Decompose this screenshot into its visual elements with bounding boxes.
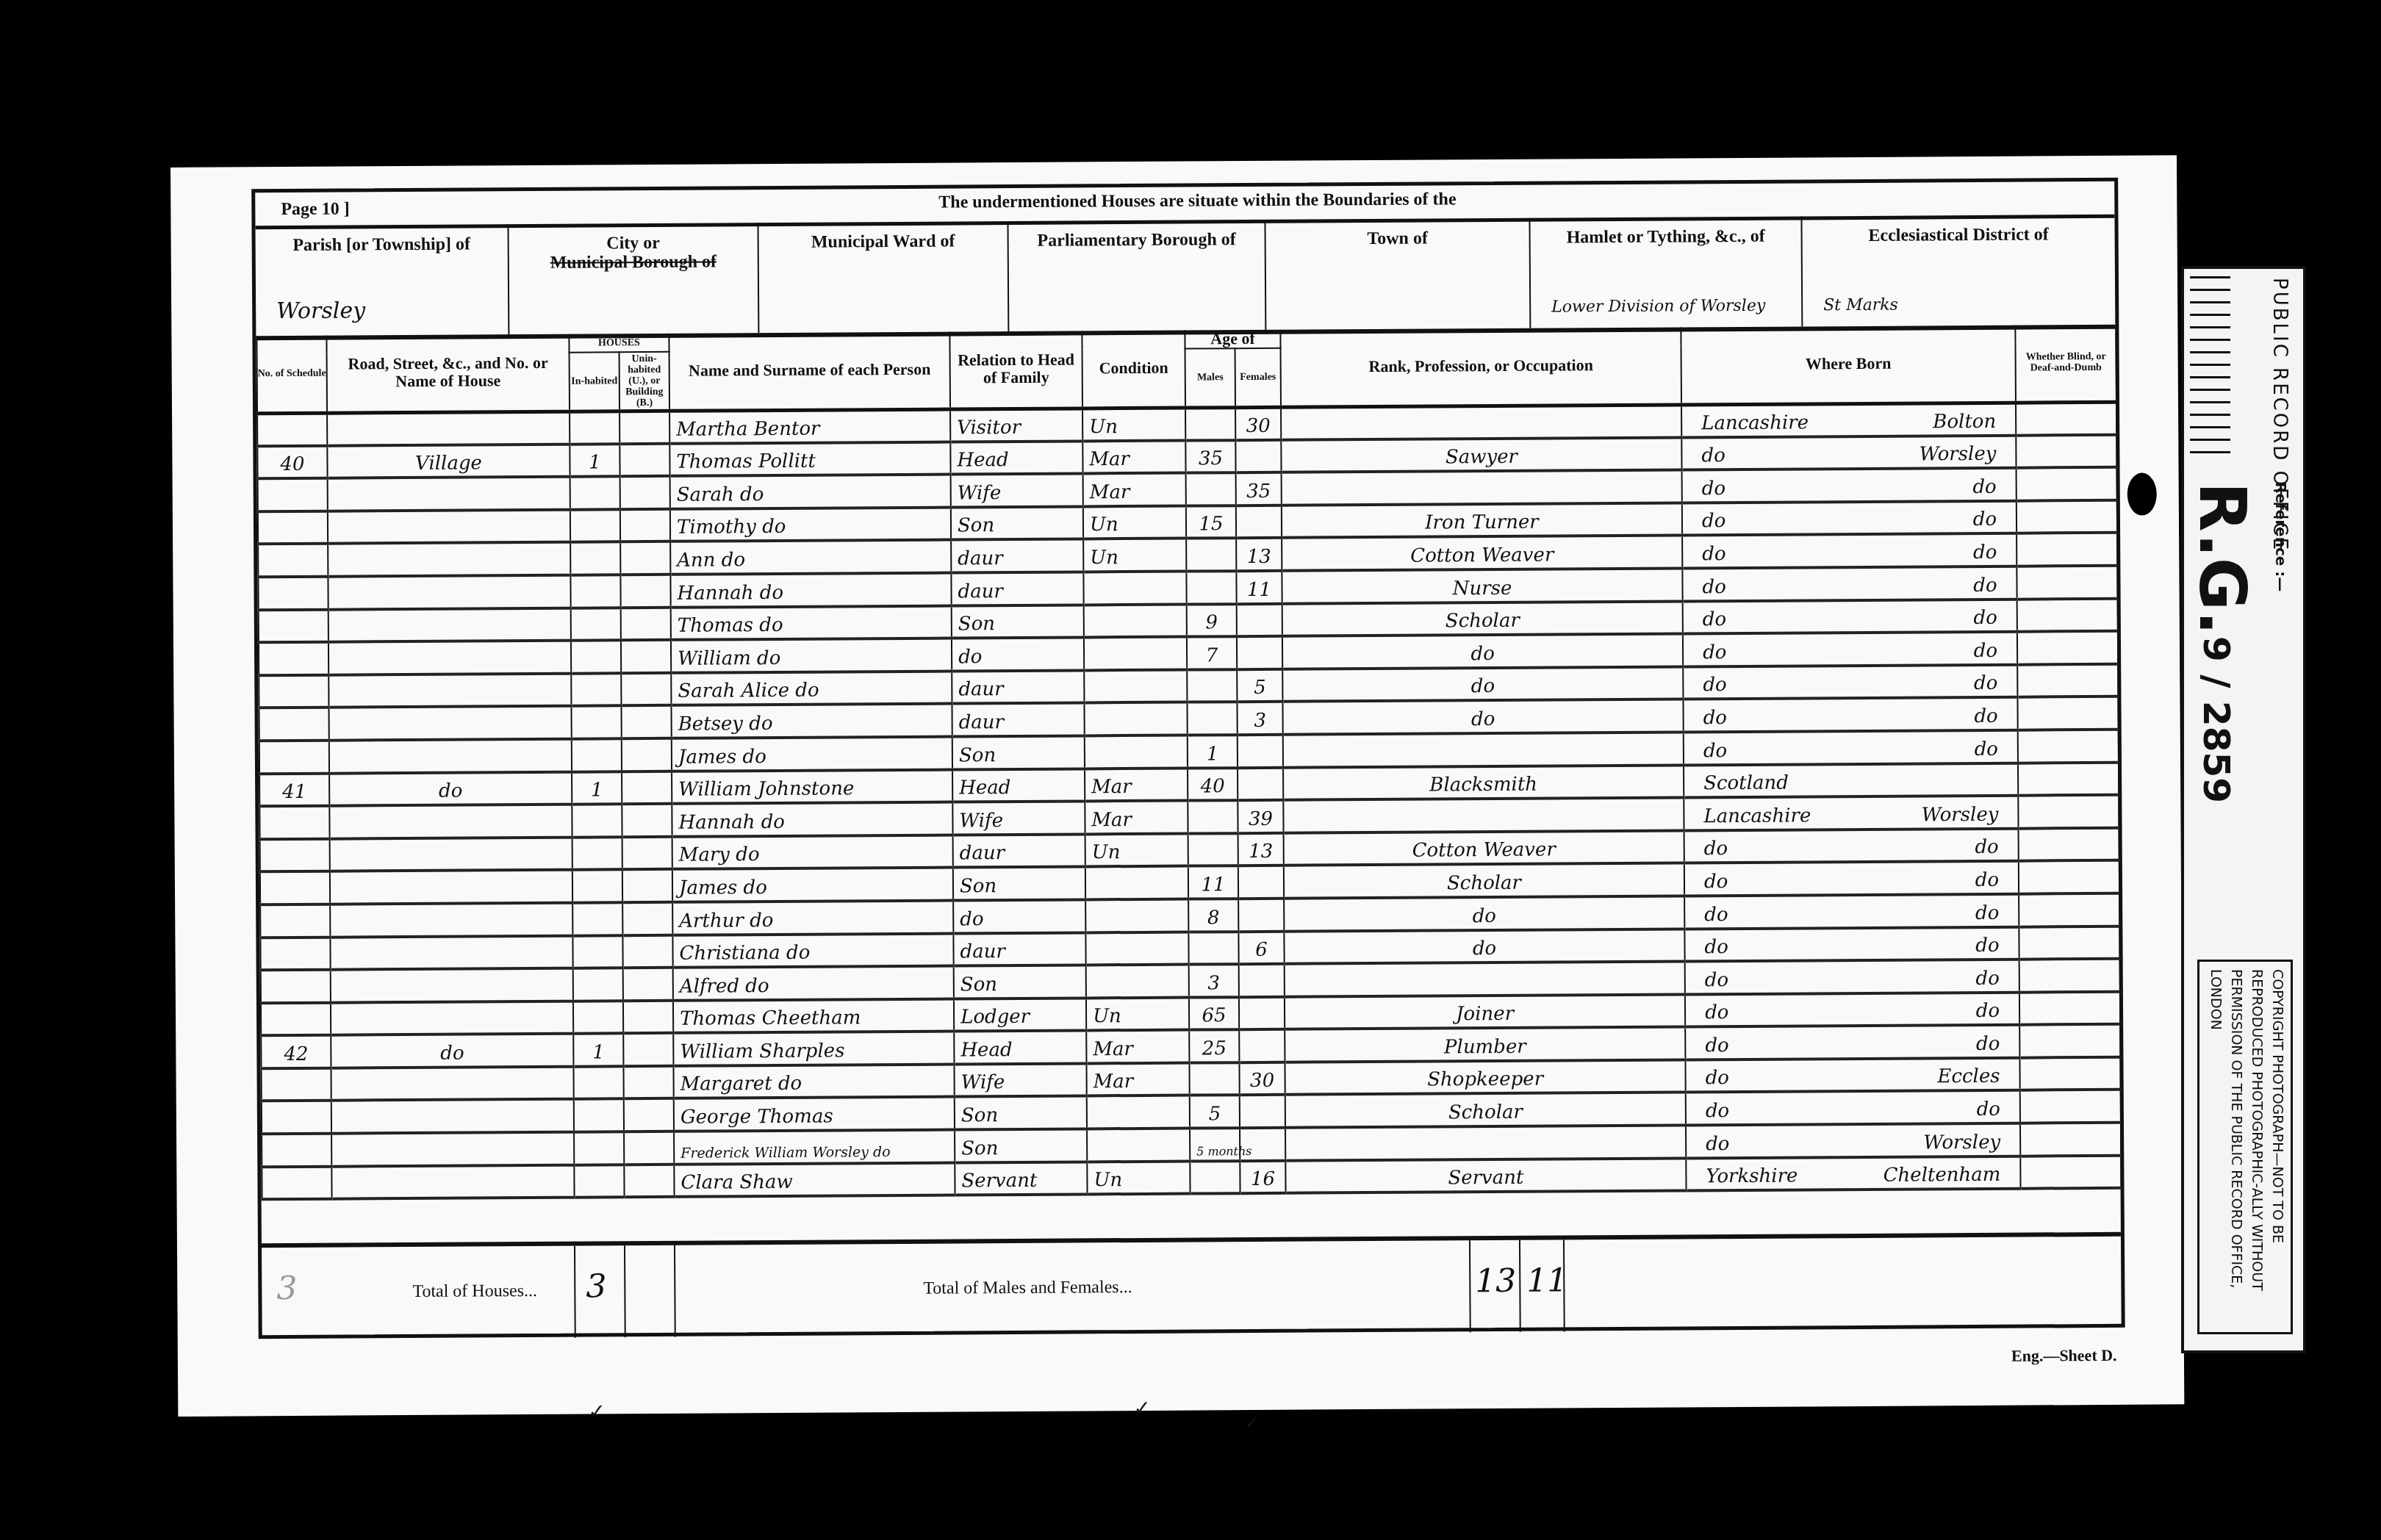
- person-name: Timothy do: [670, 507, 951, 541]
- town-field: Town of: [1265, 218, 1531, 330]
- col-relation: Relation to Head of Family: [949, 331, 1082, 409]
- females-total-cell: 11: [1519, 1239, 1565, 1331]
- uninhabited-count: [622, 771, 672, 804]
- uninhabited-count: [624, 1098, 674, 1131]
- hamlet-field: Hamlet or Tything, &c., of Lower Divisio…: [1530, 216, 1803, 328]
- road-name: [331, 1132, 574, 1167]
- person-name: Sarah Alice do: [671, 671, 952, 705]
- condition: [1085, 932, 1188, 965]
- condition: Un: [1085, 833, 1188, 866]
- road-name: [328, 542, 570, 577]
- blind-deaf: [2017, 533, 2117, 566]
- inhabited-count: [572, 935, 622, 968]
- male-age: [1185, 407, 1235, 440]
- road-name: [331, 968, 573, 1003]
- schedule-number: [259, 741, 329, 774]
- census-table: No. of Schedule Road, Street, &c., and N…: [256, 325, 2122, 1201]
- person-name: Hannah do: [670, 572, 951, 607]
- birth-place: Worsley: [1923, 1131, 2000, 1154]
- col-inhabited: In-habited: [570, 352, 620, 411]
- male-age: [1188, 800, 1238, 833]
- blind-deaf: [2019, 1024, 2120, 1057]
- condition: Un: [1083, 505, 1186, 539]
- uninhabited-count: [620, 541, 670, 575]
- birth-place: do: [1976, 1033, 2000, 1055]
- occupation: [1283, 798, 1684, 833]
- birth-county: do: [1705, 1035, 1728, 1057]
- inhabited-count: [570, 411, 620, 444]
- uninhabited-count: [623, 1066, 673, 1099]
- schedule-number: [259, 609, 328, 642]
- relation: Son: [952, 605, 1084, 638]
- blind-deaf: [2019, 926, 2119, 959]
- birth-county: do: [1701, 445, 1725, 467]
- condition: [1087, 1095, 1190, 1129]
- occupation: Plumber: [1285, 1027, 1685, 1062]
- male-age: [1186, 539, 1236, 572]
- male-age: 7: [1187, 636, 1237, 669]
- birthplace: Scotland: [1684, 763, 2018, 797]
- uninhabited-count: [624, 1164, 674, 1197]
- female-age: 30: [1235, 407, 1281, 440]
- relation: Son: [951, 506, 1083, 540]
- birthplace: doWorsley: [1681, 435, 2016, 469]
- relation: daur: [953, 932, 1085, 966]
- schedule-number: [259, 674, 328, 708]
- birthplace: dodo: [1683, 632, 2017, 666]
- male-age: [1189, 1062, 1239, 1095]
- relation: do: [952, 638, 1084, 672]
- road-name: do: [329, 771, 572, 806]
- schedule-number: [261, 1002, 331, 1035]
- relation: Lodger: [954, 998, 1086, 1032]
- male-age: 11: [1188, 866, 1238, 899]
- female-age: 39: [1238, 800, 1283, 833]
- uninhabited-count: [620, 575, 670, 608]
- uninhabited-count: [622, 738, 672, 771]
- female-age: [1238, 735, 1283, 768]
- occupation: do: [1282, 666, 1683, 702]
- uninhabited-count: [622, 935, 672, 968]
- occupation: Joiner: [1285, 994, 1685, 1029]
- birth-county: Scotland: [1703, 772, 1789, 795]
- parliamentary-borough-field: Parliamentary Borough of: [1008, 220, 1266, 331]
- birth-place: do: [1975, 935, 1999, 957]
- series-code: R.G.: [2190, 482, 2255, 635]
- tick-mark: ✓: [1243, 1410, 1261, 1434]
- birth-county: do: [1704, 936, 1728, 958]
- male-age: [1187, 669, 1237, 702]
- birth-place: do: [1973, 508, 1997, 530]
- schedule-number: [262, 1134, 331, 1167]
- col-occupation: Rank, Profession, or Occupation: [1280, 327, 1681, 406]
- birth-place: Worsley: [1922, 804, 1999, 827]
- census-form: Page 10 ] The undermentioned Houses are …: [251, 178, 2125, 1339]
- blind-deaf: [2019, 1057, 2120, 1090]
- birth-county: do: [1702, 478, 1725, 500]
- males-total-cell: 13: [1469, 1240, 1520, 1332]
- condition: [1087, 1129, 1190, 1162]
- schedule-number: [260, 937, 330, 970]
- female-age: 13: [1236, 538, 1282, 571]
- blind-deaf: [2019, 992, 2120, 1025]
- birth-place: do: [1975, 968, 1999, 990]
- col-blind: Whether Blind, or Deaf-and-Dumb: [2015, 325, 2116, 403]
- person-name: Betsey do: [671, 704, 952, 738]
- female-age: 13: [1238, 832, 1284, 866]
- road-name: Village: [327, 444, 570, 478]
- uninhabited-count: [620, 476, 670, 509]
- condition: [1084, 604, 1187, 637]
- birth-place: do: [1977, 1098, 2000, 1120]
- ecclesiastical-value: St Marks: [1823, 296, 1898, 315]
- ward-field: Municipal Ward of: [758, 221, 1009, 333]
- occupation: Scholar: [1282, 601, 1683, 636]
- relation: Wife: [954, 1063, 1086, 1097]
- census-rows: Martha BentorVisitorUn30LancashireBolton…: [257, 402, 2122, 1200]
- relation: daur: [953, 834, 1085, 868]
- col-females: Females: [1235, 348, 1282, 407]
- uninhabited-count: [622, 837, 672, 870]
- relation: daur: [952, 703, 1084, 737]
- road-name: [327, 411, 570, 446]
- person-name: William Johnstone: [672, 769, 952, 804]
- inhabited-count: [570, 476, 620, 509]
- inhabited-count: [571, 608, 621, 641]
- condition: Mar: [1083, 473, 1186, 506]
- inhabited-count: [574, 1131, 624, 1165]
- relation: Servant: [955, 1162, 1087, 1195]
- condition: Mar: [1086, 1030, 1189, 1063]
- birthplace: dodo: [1682, 533, 2017, 568]
- person-name: Martha Bentor: [669, 409, 950, 444]
- condition: [1085, 899, 1188, 932]
- birth-county: Lancashire: [1701, 411, 1809, 434]
- col-uninhabited: Unin-habited (U.), or Building (B.): [620, 352, 669, 411]
- birth-place: Worsley: [1919, 443, 1997, 466]
- uninhabited-count: [624, 1131, 674, 1165]
- blind-deaf: [2017, 500, 2117, 533]
- male-age: [1186, 571, 1236, 604]
- blind-deaf: [2020, 1123, 2121, 1156]
- relation: Head: [954, 1031, 1086, 1065]
- road-name: [330, 870, 572, 904]
- male-age: 8: [1188, 899, 1238, 932]
- female-age: [1237, 603, 1282, 636]
- col-males: Males: [1185, 348, 1235, 407]
- occupation: Sawyer: [1281, 437, 1681, 472]
- condition: Un: [1087, 1161, 1190, 1194]
- birthplace: LancashireWorsley: [1684, 796, 2018, 830]
- birth-place: do: [1975, 738, 1998, 760]
- female-age: [1236, 505, 1282, 539]
- birth-county: do: [1704, 904, 1728, 926]
- male-age: 15: [1186, 505, 1236, 539]
- road-name: [329, 805, 572, 839]
- col-schedule: No. of Schedule: [256, 336, 327, 414]
- tick-mark: ✓: [1133, 1396, 1151, 1420]
- blind-deaf: [2016, 434, 2116, 467]
- male-age: 35: [1185, 440, 1235, 473]
- road-name: [331, 1001, 573, 1035]
- uninhabited-count: [622, 869, 672, 902]
- relation: daur: [952, 670, 1084, 704]
- city-field: City orMunicipal Borough of: [509, 223, 759, 334]
- boundary-title: The undermentioned Houses are situate wi…: [938, 190, 1456, 212]
- condition: Un: [1086, 997, 1189, 1030]
- birth-county: do: [1705, 1001, 1728, 1023]
- condition: [1085, 866, 1188, 899]
- male-age: 5: [1190, 1095, 1240, 1129]
- birth-county: Yorkshire: [1706, 1165, 1798, 1188]
- inhabited-count: 1: [572, 771, 622, 805]
- inhabited-count: [574, 1165, 624, 1198]
- schedule-number: [261, 1068, 331, 1101]
- female-age: [1235, 439, 1281, 472]
- col-condition: Condition: [1082, 331, 1185, 409]
- uninhabited-total-cell: [624, 1245, 675, 1337]
- female-age: 6: [1238, 931, 1284, 964]
- birth-county: do: [1704, 871, 1728, 893]
- occupation: Nurse: [1282, 568, 1682, 603]
- female-age: [1239, 964, 1285, 997]
- blind-deaf: [2017, 697, 2118, 730]
- schedule-number: [260, 904, 330, 938]
- person-name: Sarah do: [670, 475, 951, 509]
- road-name: [328, 575, 570, 610]
- uninhabited-count: [622, 902, 672, 935]
- birthplace: dodo: [1683, 664, 2017, 699]
- copyright-notice: COPYRIGHT PHOTOGRAPH—NOT TO BE REPRODUCE…: [2205, 969, 2288, 1329]
- blind-deaf: [2018, 730, 2119, 763]
- male-age: 1: [1188, 735, 1238, 768]
- blind-deaf: [2020, 1090, 2121, 1123]
- copyright-box: COPYRIGHT PHOTOGRAPH—NOT TO BE REPRODUCE…: [2197, 960, 2293, 1334]
- relation: Son: [954, 965, 1086, 999]
- birth-place: do: [1974, 640, 1997, 662]
- road-name: [329, 739, 572, 774]
- person-name: James do: [672, 736, 952, 771]
- birth-place: do: [1975, 836, 1998, 858]
- occupation: [1283, 732, 1684, 767]
- inhabited-count: [571, 706, 621, 739]
- uninhabited-count: [622, 804, 672, 837]
- male-age: 25: [1189, 1029, 1239, 1062]
- inhabited-count: [570, 509, 620, 542]
- road-name: [328, 608, 571, 642]
- female-age: [1239, 1029, 1285, 1062]
- birth-county: do: [1705, 969, 1728, 991]
- road-name: [328, 477, 570, 511]
- schedule-number: [257, 413, 327, 446]
- birth-place: do: [1973, 541, 1997, 564]
- occupation: Blacksmith: [1283, 765, 1684, 800]
- female-age: 3: [1237, 702, 1282, 735]
- blind-deaf: [2018, 762, 2119, 795]
- sheet-mark: Eng.—Sheet D.: [2011, 1346, 2117, 1366]
- birth-place: do: [1974, 705, 1997, 727]
- birthplace: dodo: [1682, 566, 2017, 601]
- occupation: [1281, 404, 1681, 439]
- schedule-number: [260, 838, 330, 871]
- blind-deaf: [2019, 860, 2119, 893]
- birth-place: do: [1976, 1000, 2000, 1022]
- birth-place: do: [1973, 574, 1997, 596]
- uninhabited-count: [620, 411, 669, 444]
- condition: Un: [1082, 408, 1185, 441]
- occupation: Cotton Weaver: [1282, 536, 1682, 571]
- occupation: do: [1284, 896, 1684, 931]
- relation: daur: [951, 572, 1083, 605]
- inhabited-count: [572, 837, 622, 870]
- birth-county: do: [1706, 1100, 1729, 1122]
- birth-county: do: [1703, 641, 1726, 663]
- condition: Mar: [1086, 1062, 1189, 1095]
- road-name: [330, 837, 572, 871]
- houses-total-value: 3: [586, 1267, 606, 1305]
- male-age: [1186, 472, 1236, 505]
- person-name: Thomas Pollitt: [669, 442, 950, 476]
- condition: [1084, 669, 1187, 702]
- measurement-ruler: [2190, 276, 2230, 464]
- blind-deaf: [2019, 828, 2119, 861]
- road-name: [328, 641, 571, 675]
- schedule-number: [260, 871, 330, 904]
- blind-deaf: [2017, 566, 2117, 599]
- person-name: Thomas do: [671, 605, 952, 640]
- uninhabited-count: [623, 1001, 673, 1034]
- tick-mark: ✓: [588, 1399, 606, 1423]
- inhabited-count: [573, 1066, 623, 1099]
- schedule-number: [262, 1101, 331, 1134]
- male-age: [1187, 702, 1237, 735]
- relation: Wife: [952, 802, 1085, 835]
- relation: Son: [953, 867, 1085, 901]
- birth-place: Cheltenham: [1883, 1164, 2001, 1187]
- birth-county: do: [1703, 740, 1727, 762]
- male-age: 3: [1189, 964, 1239, 997]
- road-name: [331, 1067, 573, 1101]
- road-name: [328, 706, 571, 741]
- piece-number: 9 / 2859: [2195, 636, 2238, 803]
- male-age: 40: [1188, 768, 1238, 801]
- ecclesiastical-field: Ecclesiastical District of St Marks: [1802, 215, 2115, 327]
- female-age: 35: [1236, 472, 1282, 505]
- blind-deaf: [2017, 467, 2117, 500]
- female-age: [1238, 767, 1283, 800]
- census-sheet: Page 10 ] The undermentioned Houses are …: [170, 155, 2184, 1417]
- birth-county: do: [1703, 674, 1726, 696]
- reference-strip: PUBLIC RECORD OFFICE Reference :— R.G. 9…: [2181, 266, 2306, 1353]
- inhabited-count: [572, 870, 622, 903]
- birthplace: LancashireBolton: [1681, 403, 2016, 437]
- occupation: do: [1284, 929, 1684, 964]
- birthplace: dodo: [1684, 861, 2019, 896]
- parish-value: Worsley: [276, 298, 365, 324]
- birthplace: dodo: [1684, 926, 2019, 961]
- reference-label: Reference :—: [2272, 482, 2290, 591]
- female-age: 16: [1240, 1160, 1285, 1193]
- road-name: do: [331, 1034, 573, 1068]
- schedule-number: [259, 708, 328, 741]
- schedule-number: [262, 1166, 331, 1199]
- relation: do: [953, 899, 1085, 933]
- uninhabited-count: [623, 968, 673, 1001]
- birth-place: do: [1975, 902, 1999, 924]
- relation: Head: [952, 769, 1085, 802]
- relation: Wife: [951, 474, 1083, 508]
- occupation: [1285, 1125, 1686, 1160]
- hamlet-value: Lower Division of Worsley: [1551, 297, 1765, 317]
- male-age: 65: [1189, 997, 1239, 1030]
- birthplace: dodo: [1682, 500, 2017, 535]
- occupation: do: [1282, 634, 1683, 669]
- occupation: do: [1282, 699, 1683, 735]
- schedule-number: 41: [259, 773, 329, 806]
- person-name: William Sharples: [673, 1032, 954, 1066]
- occupation: Iron Turner: [1282, 503, 1682, 538]
- person-name: William do: [671, 638, 952, 673]
- female-age: 11: [1236, 571, 1282, 604]
- male-age: 5 months: [1190, 1128, 1240, 1161]
- blind-deaf: [2019, 959, 2120, 992]
- person-name: James do: [672, 868, 953, 902]
- persons-total-label: Total of Males and Females...: [923, 1278, 1132, 1299]
- birth-place: do: [1975, 869, 1999, 891]
- uninhabited-count: [620, 509, 670, 542]
- person-name: Arthur do: [672, 900, 953, 935]
- condition: [1084, 702, 1187, 735]
- birthplace: dodo: [1684, 894, 2019, 929]
- uninhabited-count: [621, 705, 671, 738]
- inhabited-count: [572, 902, 622, 935]
- female-age: [1237, 636, 1282, 669]
- condition: [1083, 572, 1186, 605]
- ink-blot: [2127, 472, 2157, 515]
- road-name: [330, 903, 572, 938]
- birth-county: Lancashire: [1703, 805, 1811, 827]
- road-name: [330, 935, 572, 970]
- male-age: [1190, 1161, 1240, 1194]
- col-houses: HOUSES: [569, 334, 669, 353]
- birth-place: do: [1974, 672, 1997, 694]
- occupation: Scholar: [1285, 1093, 1686, 1128]
- road-name: [331, 1165, 574, 1199]
- inhabited-count: [574, 1099, 624, 1132]
- inhabited-count: [570, 575, 620, 608]
- person-name: Frederick William Worsley do: [674, 1130, 955, 1165]
- col-road: Road, Street, &c., and No. or Name of Ho…: [326, 334, 570, 413]
- schedule-number: [259, 806, 329, 839]
- schedule-number: [258, 478, 328, 511]
- birth-county: do: [1702, 510, 1725, 532]
- relation: Head: [950, 441, 1082, 475]
- birth-county: do: [1702, 543, 1725, 565]
- inhabited-count: [573, 1001, 623, 1034]
- uninhabited-count: [621, 640, 671, 673]
- person-name: Christiana do: [672, 933, 953, 968]
- inhabited-count: [573, 968, 623, 1001]
- page-number: Page 10 ]: [281, 200, 349, 220]
- schedule-number: [258, 577, 328, 610]
- relation: Visitor: [950, 408, 1082, 442]
- relation: Son: [955, 1096, 1087, 1130]
- female-age: 30: [1239, 1062, 1285, 1095]
- birthplace: dodo: [1684, 828, 2019, 863]
- birth-place: Eccles: [1937, 1065, 2000, 1088]
- inhabited-count: [570, 542, 620, 575]
- birthplace: dodo: [1686, 1090, 2020, 1125]
